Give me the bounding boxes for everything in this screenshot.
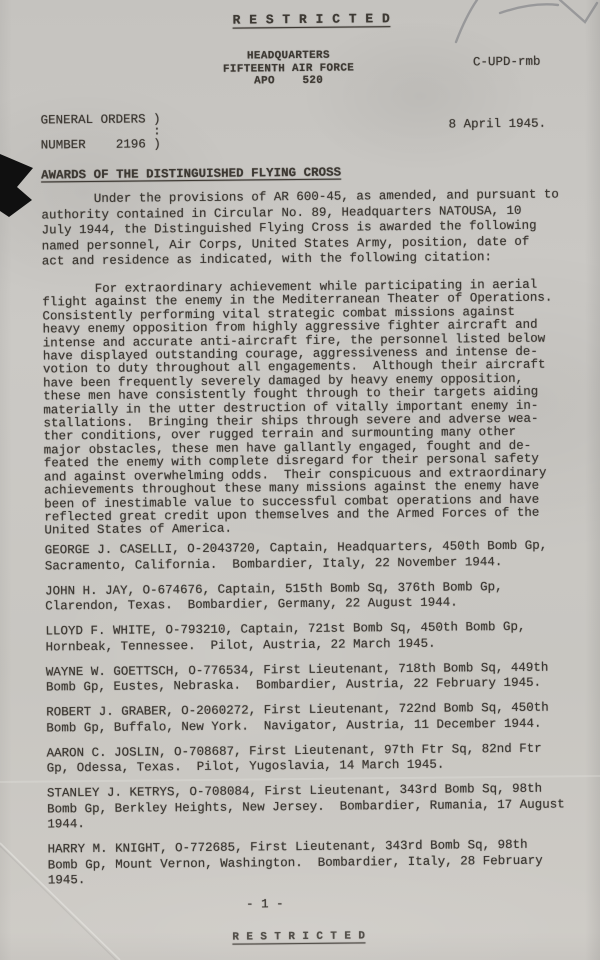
awardee-list: GEORGE J. CASELLI, O-2043720, Captain, H…: [45, 538, 566, 898]
awardee-entry-knight: HARRY M. KNIGHT, O-772685, First Lieuten…: [47, 837, 565, 888]
citation-paragraph: For extraordinary achievement while part…: [42, 279, 555, 539]
awardee-entry-ketrys: STANLEY J. KETRYS, O-708084, First Lieut…: [47, 781, 565, 832]
reference-code: C-UPD-rmb: [473, 55, 541, 70]
order-date: 8 April 1945.: [449, 117, 547, 132]
page-number: - 1 -: [246, 897, 284, 911]
general-orders-number-block: GENERAL ORDERS ) : NUMBER 2196 ): [40, 113, 160, 151]
awardee-entry-joslin: AARON C. JOSLIN, O-708687, First Lieuten…: [47, 741, 565, 777]
document-sheet: R E S T R I C T E D HEADQUARTERS FIFTEEN…: [0, 0, 600, 960]
awardee-entry-white: LLOYD F. WHITE, O-793210, Captain, 721st…: [45, 619, 563, 655]
headquarters-block: HEADQUARTERS FIFTEENTH AIR FORCE APO 520: [201, 49, 376, 88]
awardee-entry-graber: ROBERT J. GRABER, O-2060272, First Lieut…: [46, 700, 564, 736]
classification-banner-top: R E S T R I C T E D: [233, 11, 391, 28]
awardee-entry-caselli: GEORGE J. CASELLI, O-2043720, Captain, H…: [45, 538, 563, 574]
awardee-entry-jay: JOHN H. JAY, O-674676, Captain, 515th Bo…: [45, 579, 563, 615]
classification-banner-bottom: R E S T R I C T E D: [232, 930, 365, 943]
authority-paragraph: Under the provisions of AR 600-45, as am…: [41, 188, 559, 271]
awardee-entry-goettsch: WAYNE W. GOETTSCH, O-776534, First Lieut…: [46, 660, 564, 696]
order-title: AWARDS OF THE DISTINGUISHED FLYING CROSS: [41, 166, 341, 183]
